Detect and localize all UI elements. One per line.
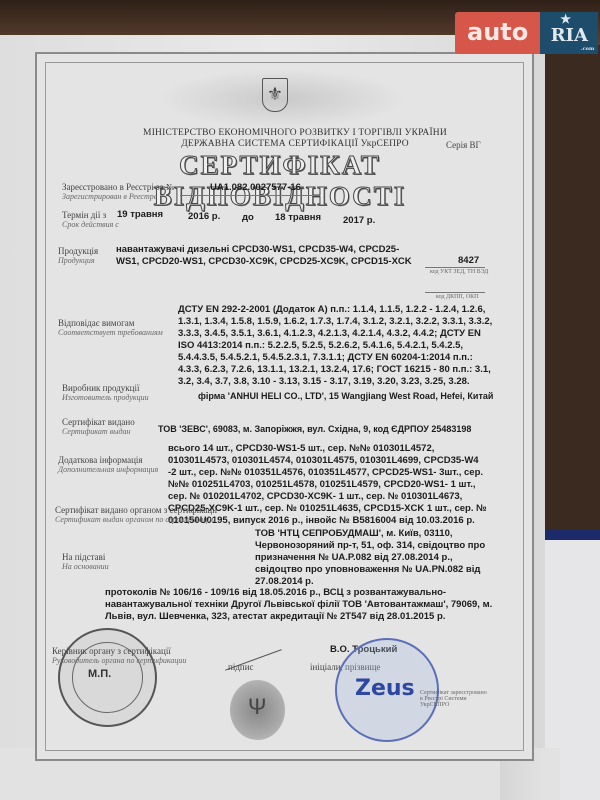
product-code: 8427 — [458, 255, 479, 267]
code-underline — [425, 267, 485, 268]
certificate-title: СЕРТИФІКАТ ВІДПОВІДНОСТІ — [110, 150, 450, 212]
ministry-line-2: ДЕРЖАВНА СИСТЕМА СЕРТИФІКАЦІЇ УкрСЕПРО — [130, 139, 460, 150]
logo-ria-block: ★ RIA .com — [540, 12, 598, 54]
coat-of-arms-seal: Ψ — [230, 680, 285, 740]
certifier-label: Сертифікат видано органом з сертифікації… — [55, 505, 217, 525]
logo-auto-text: auto — [455, 12, 540, 54]
manufacturer-value: фірма 'ANHUI HELI CO., LTD', 15 Wangjian… — [198, 390, 498, 402]
validity-from-year: 2016 р. — [188, 211, 220, 223]
validity-to-day: 18 травня — [275, 212, 321, 224]
requirements-value: ДСТУ EN 292-2-2001 (Додаток А) п.п.: 1.1… — [178, 304, 498, 388]
certifier-value: ТОВ 'НТЦ СЕПРОБУДМАШ', м. Київ, 03110, Ч… — [255, 528, 495, 588]
registry-number: UA1.082.0027577-16 — [210, 182, 301, 194]
validity-label: Термін дії зСрок действия с — [62, 210, 119, 230]
registered-label: Сертифікат зареєстровано в Реєстрі Систе… — [420, 690, 490, 708]
logo-com-text: .com — [581, 46, 594, 52]
logo-ria-text: RIA — [551, 25, 588, 46]
code2-label: код ДКПП, ОКП — [436, 294, 478, 300]
trident-icon: Ψ — [248, 694, 266, 720]
ministry-header: МІНІСТЕРСТВО ЕКОНОМІЧНОГО РОЗВИТКУ І ТОР… — [130, 128, 460, 150]
zeus-stamp-text: Zeus — [355, 676, 415, 701]
basis-value: протоколів № 106/16 - 109/16 від 18.05.2… — [105, 587, 500, 623]
star-icon: ★ — [560, 12, 571, 26]
head-label: Керівник органу з сертифікаціїРуководите… — [52, 646, 186, 666]
code2-underline — [425, 292, 485, 293]
additional-info-label: Додаткова інформаціяДополнительная инфор… — [58, 455, 158, 475]
issued-to-label: Сертифікат виданоСертификат выдан — [62, 417, 135, 437]
registry-label: Зареєстровано в Реєстрі за №Зарегистриро… — [62, 182, 175, 202]
coat-of-arms-icon: ⚜ — [262, 78, 288, 112]
autoria-watermark-logo: auto ★ RIA .com — [455, 12, 598, 54]
certification-body-stamp: М.П. — [58, 628, 157, 727]
validity-from-day: 19 травня — [117, 209, 163, 221]
signature-label: підпис — [228, 662, 254, 672]
manufacturer-label: Виробник продукціїИзготовитель продукции — [62, 383, 149, 403]
requirements-label: Відповідає вимогамСоответствует требован… — [58, 318, 163, 338]
validity-to-label: до — [242, 212, 254, 224]
series-label: Серія ВГ — [446, 140, 481, 150]
ministry-line-1: МІНІСТЕРСТВО ЕКОНОМІЧНОГО РОЗВИТКУ І ТОР… — [130, 128, 460, 139]
registry-underline — [180, 195, 320, 196]
stamp-mp: М.П. — [88, 668, 111, 680]
basis-label: На підставіНа основании — [62, 552, 109, 572]
issued-to-value: ТОВ 'ЗЕВС', 69083, м. Запоріжжя, вул. Сх… — [158, 423, 498, 435]
validity-to-year: 2017 р. — [343, 215, 375, 227]
code-label: код УКТ ЗЕД, ТН ВЭД — [430, 269, 488, 275]
product-label: ПродукціяПродукция — [58, 246, 98, 266]
product-value: навантажувачі дизельні CPCD30-WS1, CPCD3… — [116, 244, 416, 268]
